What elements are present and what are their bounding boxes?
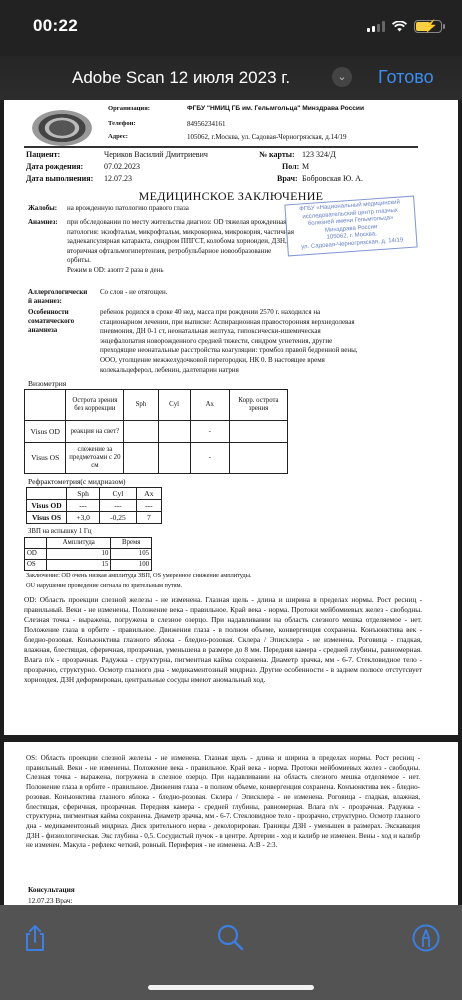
card-label: № карты:	[259, 150, 295, 159]
sex-label: Пол:	[282, 162, 299, 171]
complaints-text: на врожденную патологию правого глаза	[67, 204, 189, 214]
status-bar: 00:22 ⚡	[0, 0, 462, 56]
address-value: 105062, г.Москва, ул. Садовая-Черногрязс…	[187, 133, 347, 141]
consultation-label: Консультация	[28, 885, 75, 894]
patient-label: Пациент:	[26, 150, 60, 159]
document-title[interactable]: Adobe Scan 12 июля 2023 г.	[72, 68, 290, 88]
allergy-text: Со слов - не отягощен.	[100, 288, 168, 298]
dob-value: 07.02.2023	[104, 162, 140, 171]
os-exam-text: OS: Область проекции слезной железы - не…	[26, 754, 420, 851]
share-icon[interactable]	[20, 923, 50, 953]
document-viewer[interactable]: Организация: ФГБУ "НМИЦ ГБ им. Гельмголь…	[0, 100, 462, 905]
org-label: Организация:	[108, 105, 150, 112]
header-divider	[24, 146, 418, 148]
chevron-down-icon[interactable]: ⌄	[332, 67, 352, 87]
vep-title: ЗВП на вспышку 1 Гц	[28, 527, 92, 536]
anamnesis-label: Анамнез:	[28, 218, 58, 227]
doctor-label: Врач:	[277, 174, 298, 183]
phone-value: 84956234161	[187, 120, 226, 128]
phone-label: Телефон:	[108, 120, 136, 127]
complaints-label: Жалобы:	[28, 204, 57, 213]
institution-stamp: ФГБУ «Национальный медицинский исследова…	[284, 196, 417, 257]
refractometry-table: SphCylAx Visus OD--------- Visus OS+3,0-…	[26, 487, 162, 524]
done-button[interactable]: Готово	[378, 67, 434, 88]
org-value: ФГБУ "НМИЦ ГБ им. Гельмгольца" Минздрава…	[187, 105, 364, 112]
card-value: 123 324/Д	[302, 150, 336, 159]
visometry-title: Визометрия	[28, 379, 66, 388]
vep-table: АмплитудаВремя OD10105 OS15100	[24, 537, 152, 571]
status-time: 00:22	[33, 16, 78, 36]
document-page-1: Организация: ФГБУ "НМИЦ ГБ им. Гельмголь…	[4, 100, 458, 735]
somatic-text: ребенок родился в сроке 40 нед, масса пр…	[100, 308, 430, 375]
document-page-2: OS: Область проекции слезной железы - не…	[4, 742, 458, 907]
home-indicator[interactable]	[148, 985, 314, 990]
dob-label: Дата рождения:	[26, 162, 83, 171]
clinic-logo	[32, 110, 92, 146]
refractometry-title: Рефрактометрия(с мидриазом)	[28, 477, 126, 486]
cellular-signal-icon	[367, 21, 385, 32]
patient-value: Чериков Василий Дмитриевич	[104, 150, 208, 159]
address-label: Адрес:	[108, 133, 128, 140]
battery-charging-icon: ⚡	[414, 20, 442, 33]
wifi-icon	[392, 21, 407, 32]
od-exam-text: OD: Область проекции слезной железы - не…	[24, 595, 422, 685]
allergy-label: Аллергологический анамнез:	[28, 288, 87, 306]
navigation-bar: Adobe Scan 12 июля 2023 г. ⌄ Готово	[0, 56, 462, 100]
search-icon[interactable]	[216, 923, 246, 953]
status-icons: ⚡	[367, 20, 442, 33]
exec-date-value: 12.07.23	[104, 174, 132, 183]
vep-conclusion: Заключение: OD очень низкая амплитуда ЗВ…	[26, 571, 252, 590]
exec-date-label: Дата выполнения:	[26, 174, 93, 183]
markup-icon[interactable]	[411, 923, 441, 953]
doctor-value: Бобровская Ю. А.	[302, 174, 363, 183]
somatic-label: Особенности соматического анамнеза	[28, 308, 74, 335]
visometry-table: Острота зрения без коррекции Sph Cyl Ax …	[24, 389, 288, 474]
sex-value: М	[302, 162, 309, 171]
